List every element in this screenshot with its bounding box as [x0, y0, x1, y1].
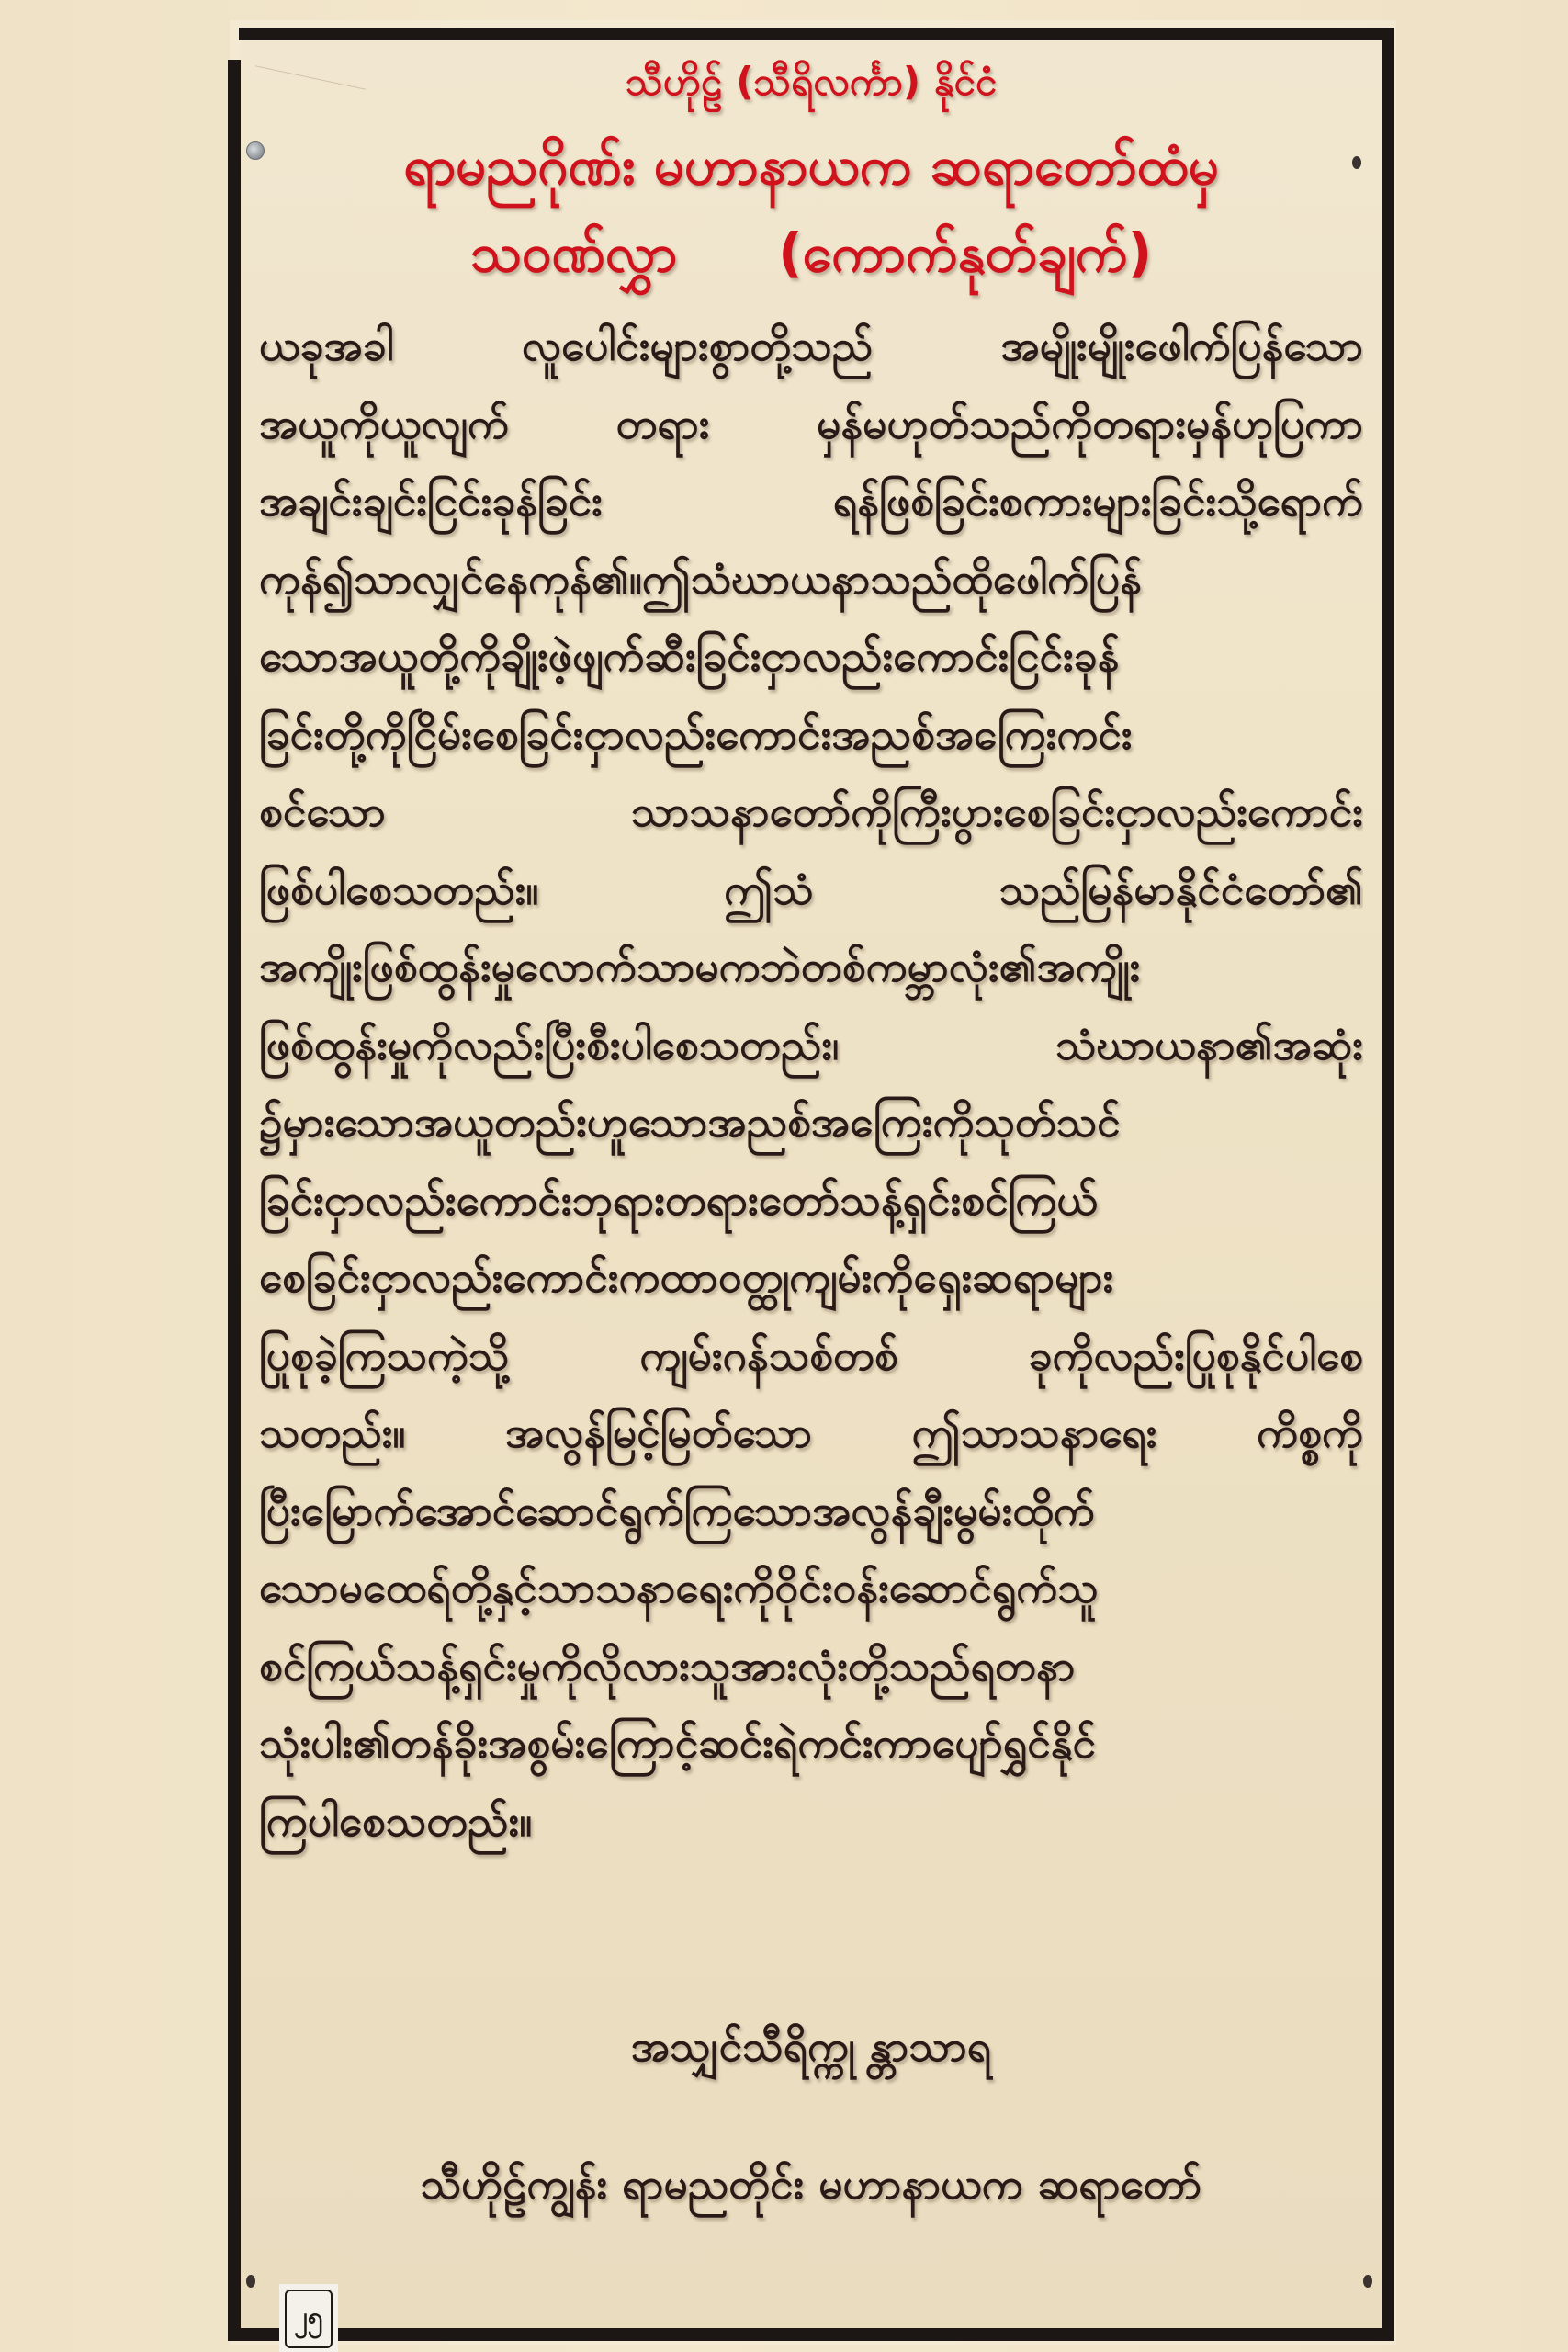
body-line: ဖြစ်ထွန်းမှုကိုလည်းပြီးစီးပါစေသတည်း၊ သံဃ…	[259, 1006, 1363, 1084]
frame-top-border	[239, 28, 1394, 40]
plaque-panel: သီဟိုဠ် (သီရိလင်္ကာ) နိုင်ငံ ရာမညဂိုဏ်း …	[241, 40, 1382, 2328]
body-line: ခြင်းငှာလည်းကောင်းဘုရားတရားတော်သန့်ရှင်း…	[259, 1161, 1363, 1239]
heading-subtitle: သီဟိုဠ် (သီရိလင်္ကာ) နိုင်ငံ	[241, 57, 1382, 114]
body-line: ခြင်းတို့ကိုငြိမ်းစေခြင်းငှာလည်းကောင်းအည…	[259, 695, 1363, 774]
number-tag: ၂၅	[279, 2284, 338, 2352]
body-line: စေခြင်းငှာလည်းကောင်းကထာဝတ္ထုကျမ်းကိုရှေး…	[259, 1238, 1363, 1317]
body-line: စင်ကြယ်သန့်ရှင်းမှုကိုလိုလားသူအားလုံးတို…	[259, 1627, 1363, 1705]
heading-title-line2: သဝဏ်လွှာ(ကောက်နုတ်ချက်)	[241, 220, 1382, 298]
plaque: သီဟိုဠ် (သီရိလင်္ကာ) နိုင်ငံ ရာမညဂိုဏ်း …	[228, 28, 1393, 2341]
body-line: အချင်းချင်းငြင်းခုန်ခြင်း ရန်ဖြစ်ခြင်းစက…	[259, 462, 1363, 540]
signature-title: သီဟိုဠ်ကျွန်း ရာမညတိုင်း မဟာနာယက ဆရာတော်	[241, 2158, 1382, 2220]
heading-title-word: သဝဏ်လွှာ	[470, 221, 677, 284]
frame-right-border	[1382, 33, 1394, 2341]
body-text: ယခုအခါ လူပေါင်းများစွာတို့သည် အမျိုးမျို…	[259, 307, 1363, 1860]
body-line: သောအယူတို့ကိုချိုးဖဲ့ဖျက်ဆီးခြင်းငှာလည်း…	[259, 617, 1363, 695]
heading-excerpt-label: (ကောက်နုတ်ချက်)	[778, 221, 1152, 284]
body-line: ကြပါစေသတည်း။	[259, 1782, 1363, 1860]
screw-icon	[246, 2275, 255, 2288]
frame-left-border	[228, 60, 241, 2341]
number-tag-label: ၂၅	[285, 2290, 333, 2348]
frame-bottom-border	[228, 2328, 1394, 2341]
body-line: အကျိုးဖြစ်ထွန်းမှုလောက်သာမကဘဲတစ်ကမ္ဘာလုံ…	[259, 928, 1363, 1006]
screw-icon	[1363, 2275, 1372, 2288]
body-line: ကုန်၍သာလျှင်နေကုန်၏။ဤသံဃာယနာသည်ထိုဖေါက်ပ…	[259, 540, 1363, 618]
body-line: သုံးပါး၏တန်ခိုးအစွမ်းကြောင့်ဆင်းရဲကင်းကာ…	[259, 1704, 1363, 1782]
body-line: ၌မှားသောအယူတည်းဟူသောအညစ်အကြေးကိုသုတ်သင်	[259, 1083, 1363, 1161]
body-line: သောမထေရ်တို့နှင့်သာသနာရေးကိုဝိုင်းဝန်းဆေ…	[259, 1549, 1363, 1627]
body-line: ယခုအခါ လူပေါင်းများစွာတို့သည် အမျိုးမျို…	[259, 307, 1363, 385]
body-line: ဖြစ်ပါစေသတည်း။ ဤသံ သည်မြန်မာနိုင်ငံတော်၏	[259, 851, 1363, 929]
body-line: ပြုစုခဲ့ကြသကဲ့သို့ ကျမ်းဂန်သစ်တစ် ခုကိုလ…	[259, 1317, 1363, 1395]
body-line: စင်သော သာသနာတော်ကိုကြီးပွားစေခြင်းငှာလည်…	[259, 773, 1363, 851]
body-line: ပြီးမြောက်အောင်ဆောင်ရွက်ကြသောအလွန်ချီးမွ…	[259, 1472, 1363, 1550]
body-line: အယူကိုယူလျက် တရား မှန်မဟုတ်သည်ကိုတရားမှန…	[259, 385, 1363, 463]
body-line: သတည်း။ အလွန်မြင့်မြတ်သော ဤသာသနာရေး ကိစ္စ…	[259, 1394, 1363, 1472]
heading-title-line1: ရာမညဂိုဏ်း မဟာနာယက ဆရာတော်ထံမှ	[241, 132, 1382, 210]
signature-name: အသျှင်သီရိက္ကု န္တာသာရ	[241, 2020, 1382, 2082]
